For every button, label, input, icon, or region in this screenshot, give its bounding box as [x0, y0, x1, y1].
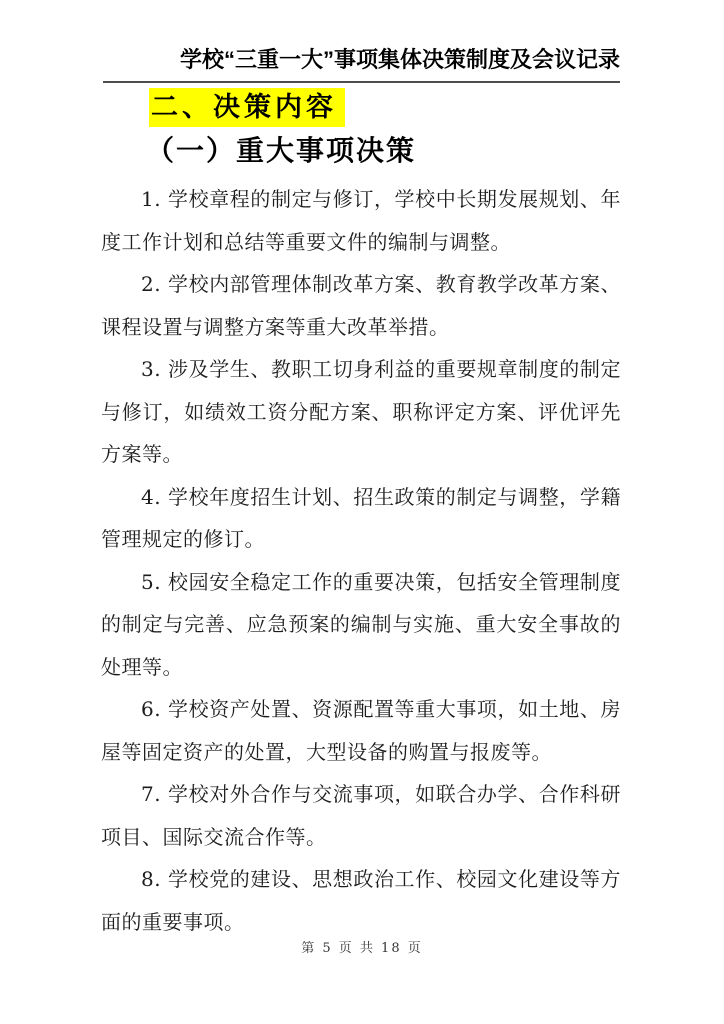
paragraph-8: 8. 学校党的建设、思想政治工作、校园文化建设等方面的重要事项。	[101, 858, 621, 943]
document-header: 学校“三重一大”事项集体决策制度及会议记录	[103, 45, 620, 83]
document-body: 1. 学校章程的制定与修订，学校中长期发展规划、年度工作计划和总结等重要文件的编…	[101, 178, 621, 943]
paragraph-4: 4. 学校年度招生计划、招生政策的制定与调整，学籍管理规定的修订。	[101, 476, 621, 561]
paragraph-7: 7. 学校对外合作与交流事项，如联合办学、合作科研项目、国际交流合作等。	[101, 773, 621, 858]
section-heading: 二、决策内容	[149, 86, 345, 127]
paragraph-1: 1. 学校章程的制定与修订，学校中长期发展规划、年度工作计划和总结等重要文件的编…	[101, 178, 621, 263]
paragraph-5: 5. 校园安全稳定工作的重要决策，包括安全管理制度的制定与完善、应急预案的编制与…	[101, 561, 621, 689]
section-heading-highlight: 二、决策内容	[149, 88, 345, 127]
subsection-heading: （一）重大事项决策	[146, 131, 416, 171]
document-page: 学校“三重一大”事项集体决策制度及会议记录 二、决策内容 （一）重大事项决策 1…	[0, 0, 724, 1024]
paragraph-6: 6. 学校资产处置、资源配置等重大事项，如土地、房屋等固定资产的处置，大型设备的…	[101, 688, 621, 773]
paragraph-2: 2. 学校内部管理体制改革方案、教育教学改革方案、课程设置与调整方案等重大改革举…	[101, 263, 621, 348]
paragraph-3: 3. 涉及学生、教职工切身利益的重要规章制度的制定与修订，如绩效工资分配方案、职…	[101, 348, 621, 476]
page-footer: 第 5 页 共 18 页	[0, 937, 724, 956]
page-number-label: 第 5 页 共 18 页	[301, 941, 422, 956]
document-title: 学校“三重一大”事项集体决策制度及会议记录	[103, 45, 620, 75]
